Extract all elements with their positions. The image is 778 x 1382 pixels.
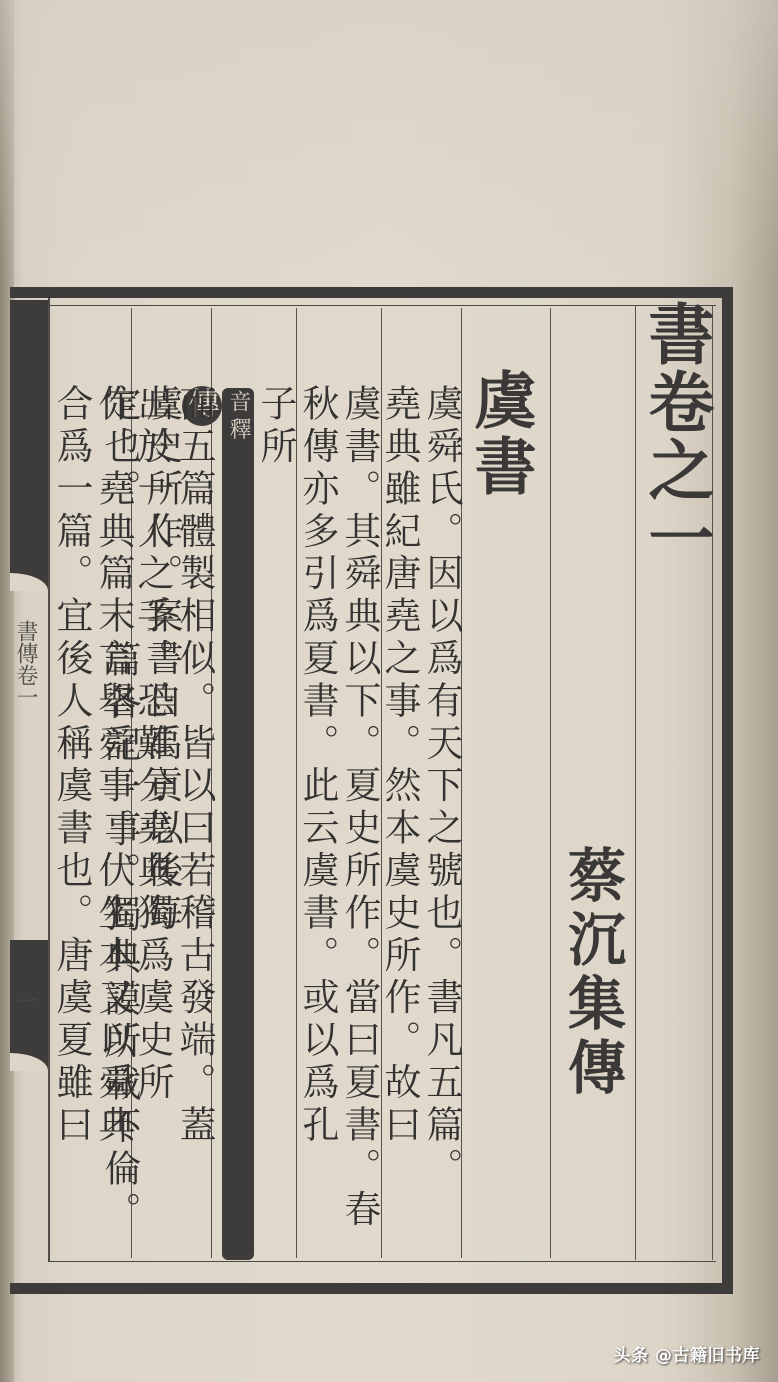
text-column-pair-1: 虞舜氏。因以爲有天下之號也。書凡五篇。 堯典雖紀唐堯之事。然本虞史所作。故曰 (378, 384, 462, 1264)
text-column: 虞舜氏。因以爲有天下之號也。書凡五篇。 (420, 384, 462, 1264)
toutiao-watermark: 头条 @古籍旧书库 (614, 1341, 760, 1366)
text-column-pair-5: 作。堯典篇末言舉舜事。伏生本又以舜典 合爲一篇。宜後人稱虞書也。唐虞夏雖曰 (50, 384, 134, 1264)
text-column: 堯典雖紀唐堯之事。然本虞史所作。故曰 (378, 384, 420, 1264)
column-rule (48, 308, 49, 1258)
text-column: 而五篇體製相似。皆以曰若稽古發端。蓋 (173, 384, 215, 1264)
spine-title-label: 書傳卷一 (12, 620, 38, 708)
text-column: 作。堯典篇末言舉舜事。伏生本又以舜典 (92, 384, 134, 1264)
page-top-margin (0, 0, 778, 280)
author-credit: 蔡沉集傳 (550, 845, 630, 1101)
text-column-pair-4: 而五篇體製相似。皆以曰若稽古發端。蓋 出於一人之手。恐難分堯典獨爲虞史所 (131, 384, 215, 1264)
text-column: 虞書。其舜典以下。夏史所作。當曰夏書。春 (338, 384, 380, 1264)
text-column-pair-2: 虞書。其舜典以下。夏史所作。當曰夏書。春 秋傳亦多引爲夏書。此云虞書。或以爲孔 (296, 384, 380, 1264)
text-column: 合爲一篇。宜後人稱虞書也。唐虞夏雖曰 (50, 384, 92, 1264)
text-column: 秋傳亦多引爲夏書。此云虞書。或以爲孔 (296, 384, 338, 1264)
section-heading: 虞書 (460, 368, 540, 500)
spine-page-number: 一 (14, 990, 40, 1012)
text-column: 出於一人之手。恐難分堯典獨爲虞史所 (131, 384, 173, 1264)
fishtail-top-ornament (10, 300, 48, 590)
volume-title: 書卷之一 (636, 300, 716, 572)
column-rule (550, 308, 551, 1258)
text-fragment: 子所 (254, 384, 297, 469)
yinshi-seal-mark: 音釋 (222, 388, 254, 1260)
text-column-pair-3: 子所 音釋 傳 虞史所作。案書自禹貢以後每 定也。 篇各記一事。獨典謨所載不倫。 (212, 384, 296, 1264)
